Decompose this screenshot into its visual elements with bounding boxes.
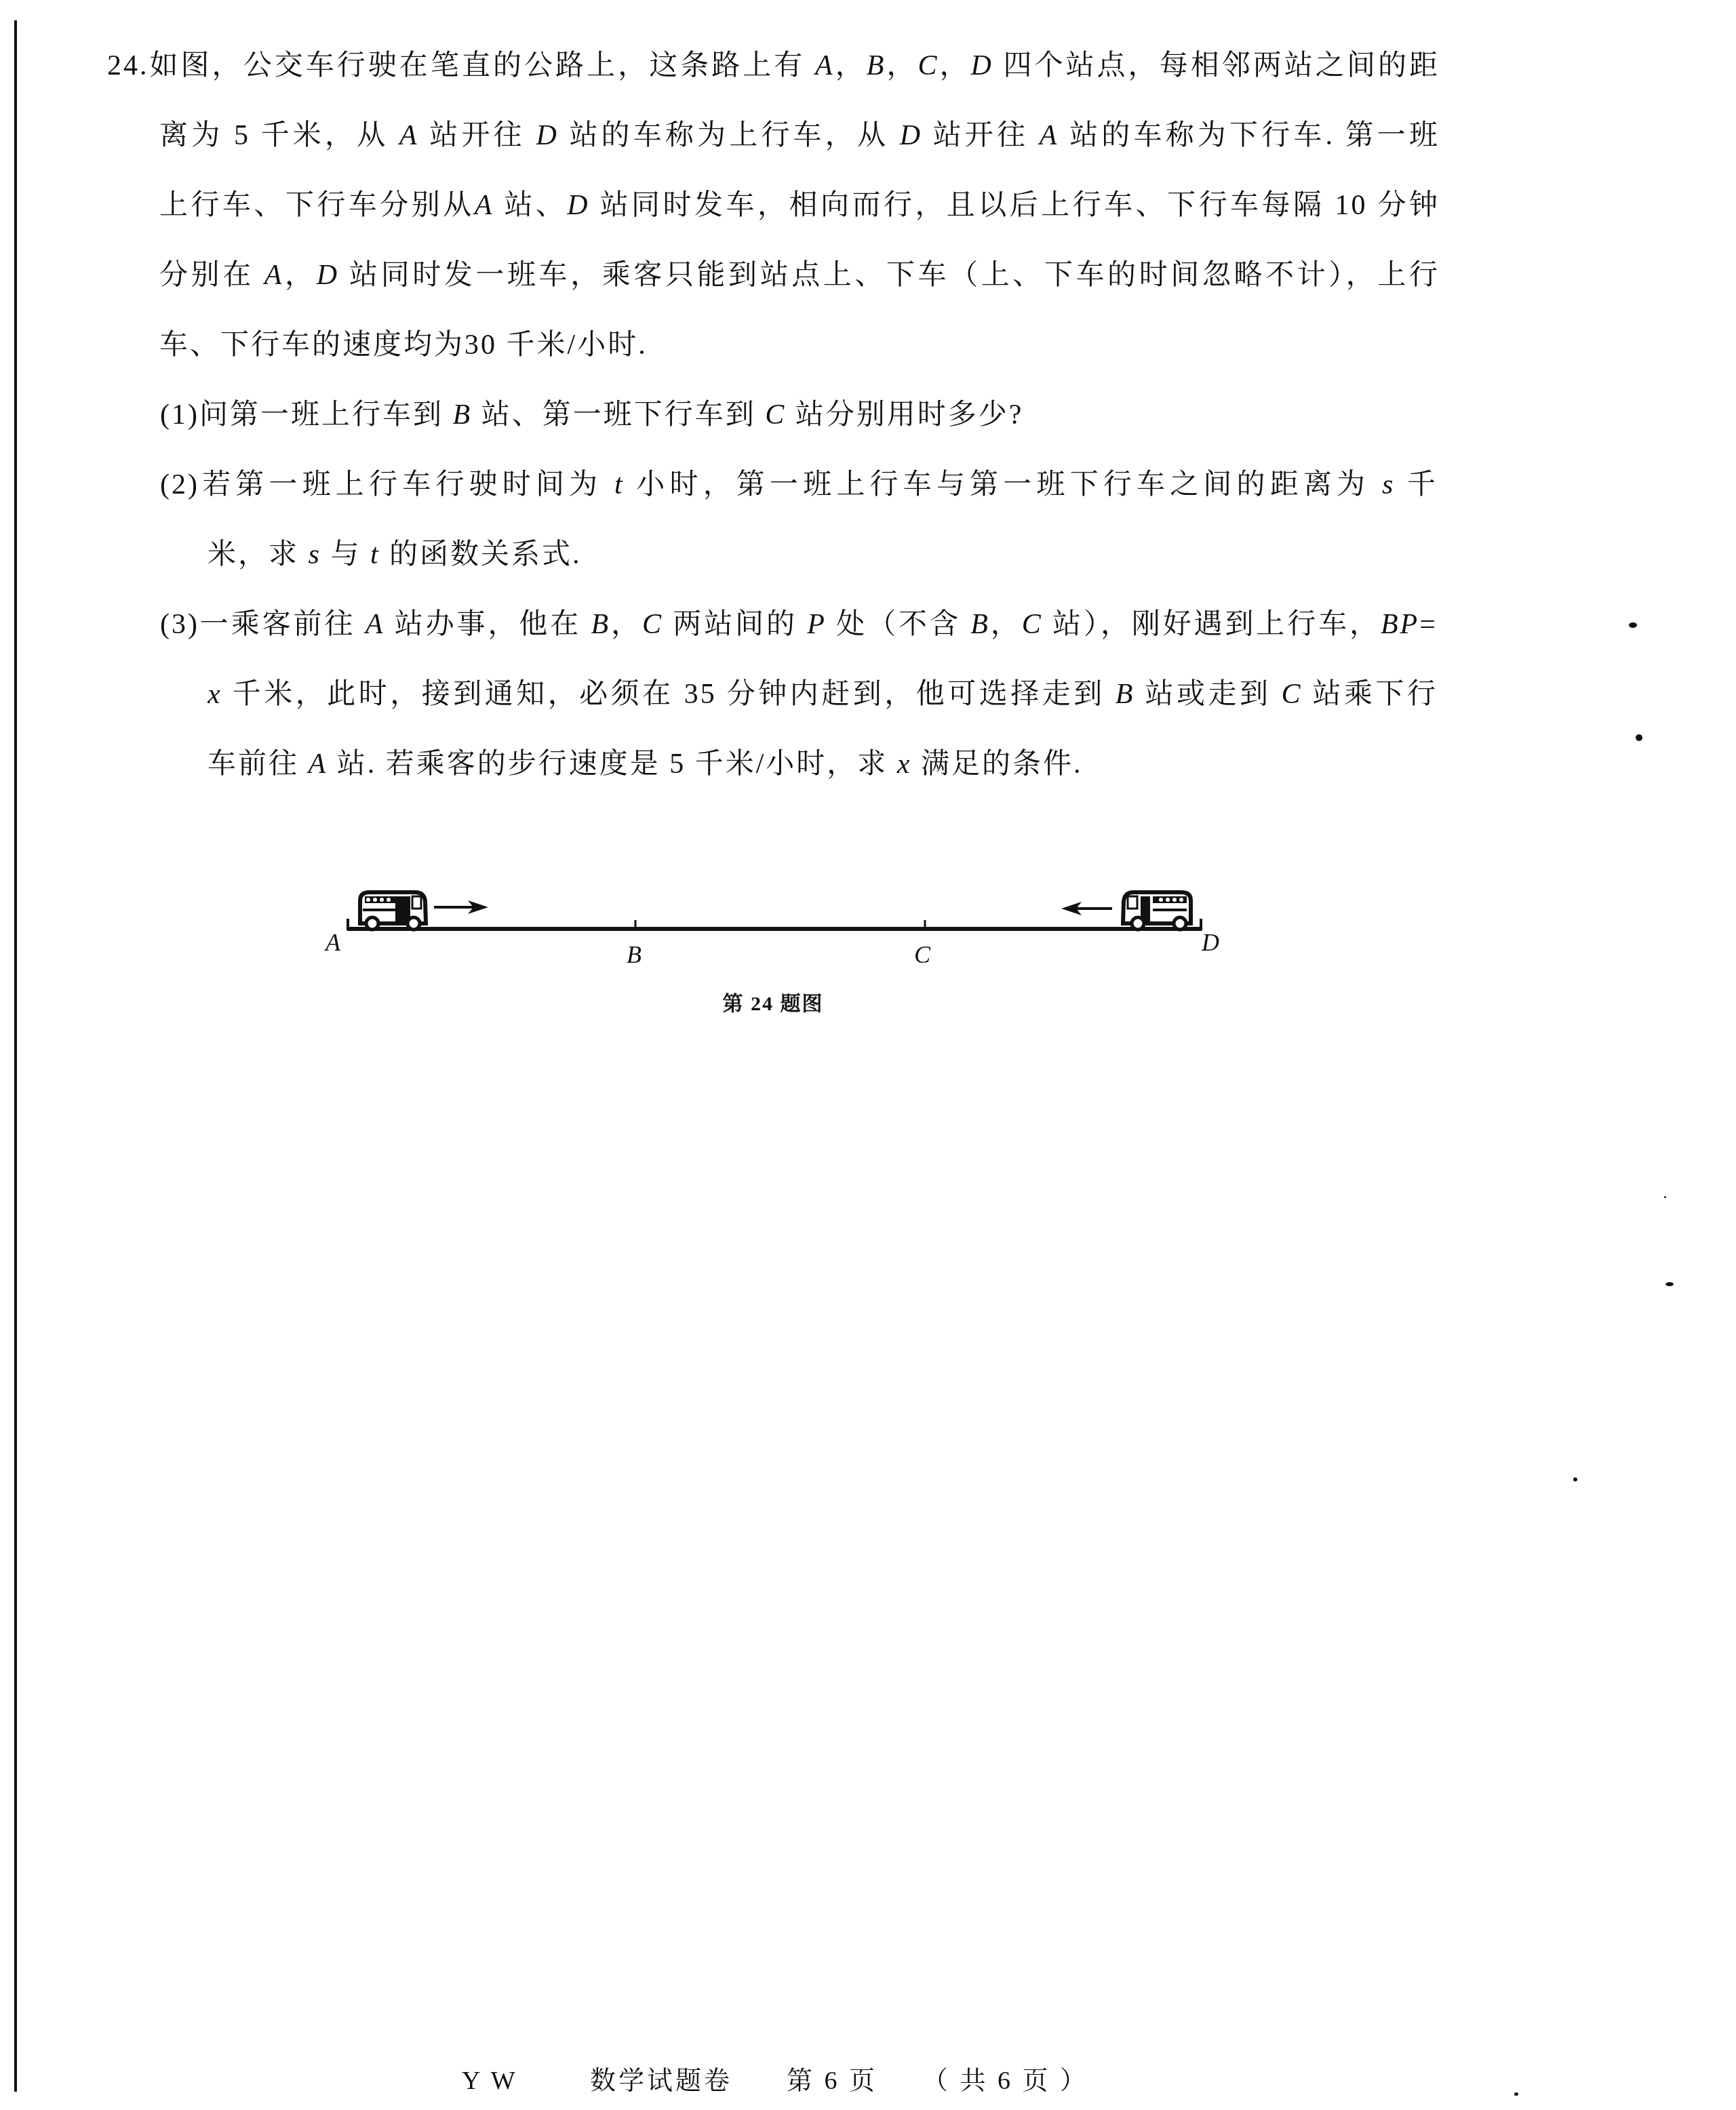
arrow-left-icon [1061, 902, 1112, 915]
scan-speck [1665, 1282, 1674, 1286]
bus-icon [1123, 892, 1191, 930]
arrow-right-icon [434, 900, 488, 914]
station-label-c: C [914, 941, 931, 968]
footer-title: 数学试题卷 [590, 2065, 732, 2096]
scan-speck [1636, 734, 1642, 741]
station-label-d: D [1201, 929, 1219, 956]
footer-page-number: 第 6 页 [787, 2065, 877, 2096]
scan-speck [1514, 2092, 1518, 2096]
scan-speck [1664, 1196, 1666, 1198]
bus-icon [360, 892, 426, 930]
station-label-b: B [627, 941, 642, 968]
scan-speck [1573, 1477, 1577, 1481]
bus-route-diagram: A B C D [0, 0, 1736, 1031]
footer-page-total: （ 共 6 页 ） [922, 2065, 1088, 2096]
figure-caption: 第 24 题图 [705, 987, 841, 1016]
footer-code: Y W [462, 2065, 518, 2096]
scan-speck [1629, 622, 1637, 628]
station-label-a: A [324, 929, 341, 956]
